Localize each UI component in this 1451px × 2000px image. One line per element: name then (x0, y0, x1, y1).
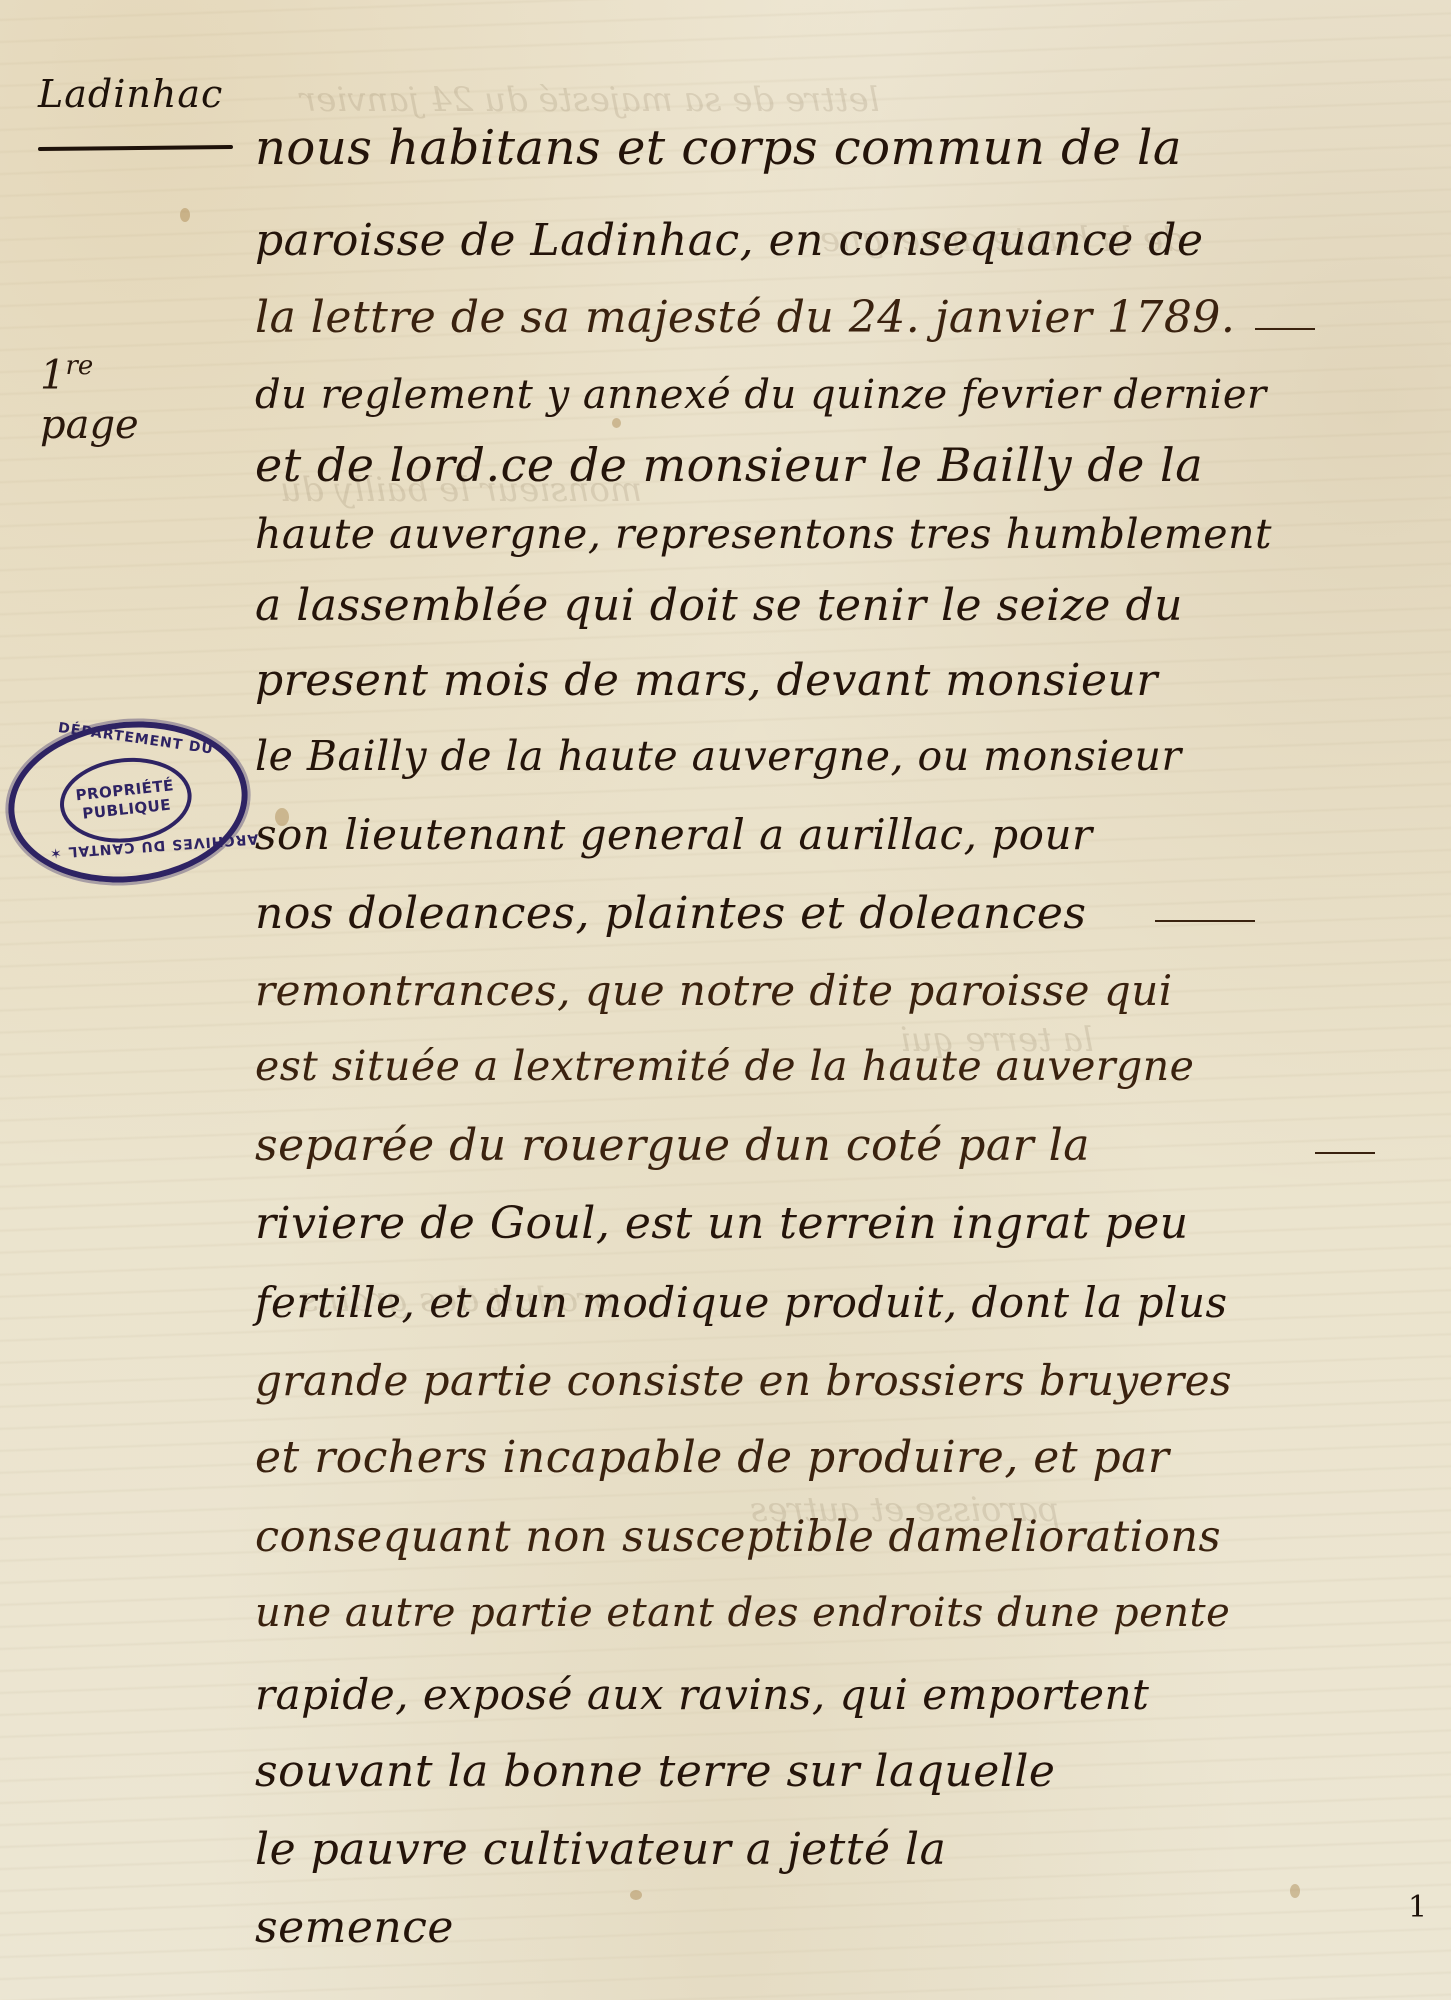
manuscript-line: fertille, et dun modique produit, dont l… (255, 1278, 1228, 1327)
manuscript-line: le pauvre cultivateur a jetté la (255, 1824, 946, 1875)
line-filler-dash (1255, 328, 1315, 330)
manuscript-line: du reglement y annexé du quinze fevrier … (255, 372, 1267, 418)
manuscript-line: riviere de Goul, est un terrein ingrat p… (255, 1198, 1189, 1249)
manuscript-line: grande partie consiste en brossiers bruy… (255, 1356, 1232, 1405)
line-filler-dash (1155, 920, 1255, 922)
margin-title: Ladinhac (38, 72, 223, 116)
manuscript-line: nous habitans et corps commun de la (255, 120, 1182, 176)
manuscript-line: et de lord.ce de monsieur le Bailly de l… (255, 438, 1203, 492)
margin-note-number: 1 (40, 352, 65, 398)
manuscript-line: haute auvergne, representons tres humble… (255, 510, 1272, 558)
ink-stain (180, 208, 190, 222)
manuscript-line: semence (255, 1902, 454, 1953)
ink-stain (1290, 1884, 1300, 1898)
manuscript-line: present mois de mars, devant monsieur (255, 655, 1158, 706)
manuscript-line: separée du rouergue dun coté par la (255, 1120, 1090, 1171)
margin-note-word: page (40, 402, 139, 448)
bleed-through-text: lettre de sa majesté du 24 janvier (300, 80, 880, 120)
manuscript-line: a lassemblée qui doit se tenir le seize … (255, 580, 1183, 631)
stamp-center: PROPRIÉTÉ PUBLIQUE (56, 752, 196, 849)
manuscript-line: rapide, exposé aux ravins, qui emportent (255, 1670, 1149, 1719)
manuscript-line: et rochers incapable de produire, et par (255, 1432, 1169, 1483)
margin-page-note: 1re page (40, 350, 139, 450)
ink-stain (630, 1890, 642, 1900)
manuscript-line: son lieutenant general a aurillac, pour (255, 810, 1093, 859)
manuscript-line: est située a lextremité de la haute auve… (255, 1042, 1194, 1090)
margin-note-superscript: re (65, 351, 93, 381)
manuscript-line: souvant la bonne terre sur laquelle (255, 1746, 1055, 1797)
manuscript-line: nos doleances, plaintes et doleances (255, 888, 1086, 939)
manuscript-line: la lettre de sa majesté du 24. janvier 1… (255, 292, 1235, 343)
manuscript-line: remontrances, que notre dite paroisse qu… (255, 966, 1173, 1015)
manuscript-line: consequant non susceptible damelioration… (255, 1512, 1221, 1562)
manuscript-line: paroisse de Ladinhac, en consequance de (255, 215, 1203, 266)
ink-stain (612, 418, 621, 428)
manuscript-line: une autre partie etant des endroits dune… (255, 1590, 1230, 1636)
page-mark: 1 (1408, 1890, 1427, 1925)
manuscript-line: le Bailly de la haute auvergne, ou monsi… (255, 732, 1182, 780)
line-filler-dash (1315, 1152, 1375, 1154)
